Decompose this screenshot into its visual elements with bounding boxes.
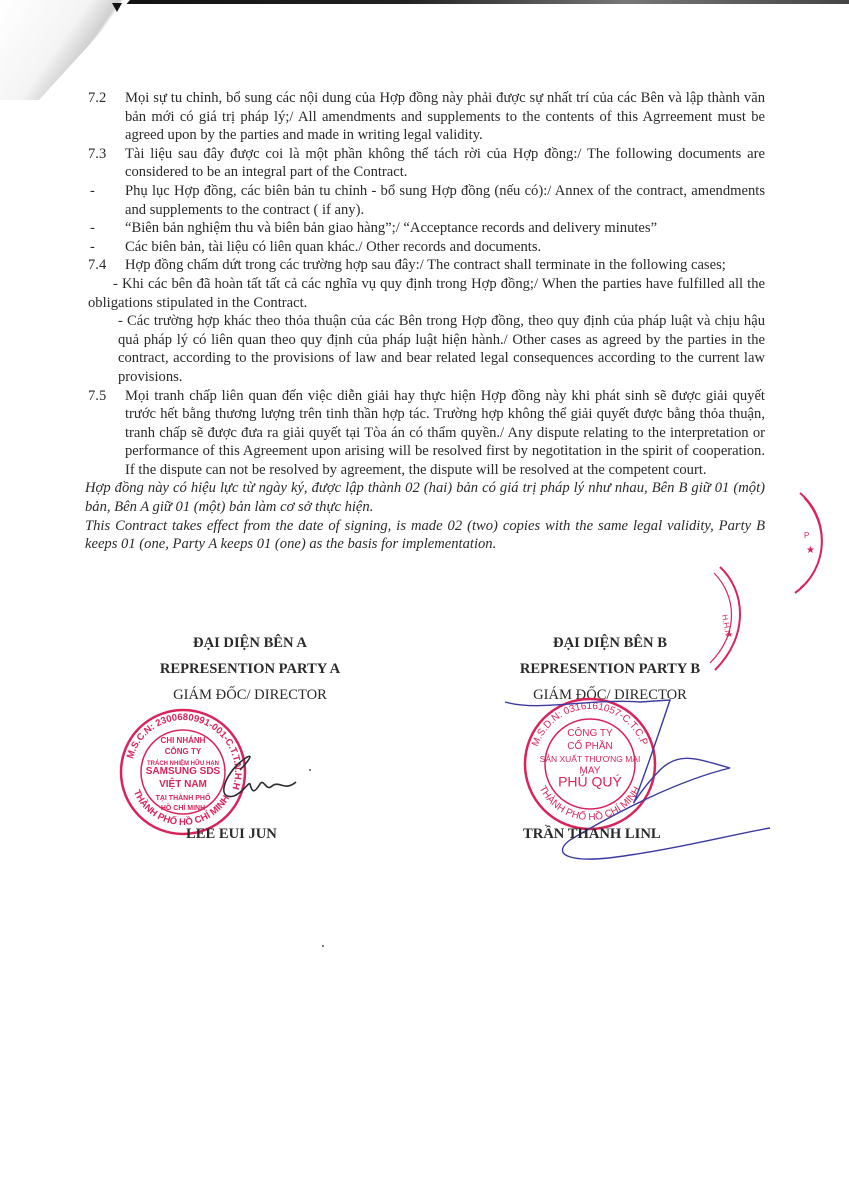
clause-number: 7.5 <box>88 387 106 406</box>
closing-english: This Contract takes effect from the date… <box>85 517 765 554</box>
list-item: - Phụ lục Hợp đồng, các biên bản tu chỉn… <box>88 182 765 219</box>
party-a-signer-name: LEE EUI JUN <box>186 826 277 843</box>
list-item: - Khi các bên đã hoàn tất tất cả các ngh… <box>88 275 765 312</box>
scan-artifact <box>112 3 122 12</box>
clause-number: 7.2 <box>88 89 106 108</box>
svg-text:CHI NHÁNH: CHI NHÁNH <box>161 736 206 745</box>
contract-body: 7.2 Mọi sự tu chỉnh, bổ sung các nội dun… <box>88 89 765 554</box>
party-a-heading-vi: ĐẠI DIỆN BÊN A <box>120 630 380 656</box>
scan-top-edge <box>110 0 849 4</box>
clause-7-3: 7.3 Tài liệu sau đây được coi là một phầ… <box>88 145 765 182</box>
clause-7-4: 7.4 Hợp đồng chấm dứt trong các trường h… <box>88 256 765 275</box>
svg-text:CÔNG TY: CÔNG TY <box>165 747 202 756</box>
folded-page-corner <box>0 0 130 100</box>
clause-number: 7.4 <box>88 256 106 275</box>
clause-text: Mọi tranh chấp liên quan đến việc diễn g… <box>125 387 765 480</box>
page-seal-partial-stamp: P ★ <box>790 488 830 598</box>
bullet-dash: - <box>90 219 95 238</box>
party-b-signer-name: TRẦN THANH LINL <box>523 826 661 843</box>
bullet-dash: - <box>90 238 95 257</box>
svg-text:★: ★ <box>806 545 815 556</box>
party-a-handwritten-signature <box>200 752 315 812</box>
clause-text: Mọi sự tu chỉnh, bổ sung các nội dung củ… <box>125 89 765 145</box>
clause-text: Tài liệu sau đây được coi là một phần kh… <box>125 145 765 182</box>
list-item: - Các biên bản, tài liệu có liên quan kh… <box>88 238 765 257</box>
bullet-dash: - <box>90 182 95 201</box>
clause-number: 7.3 <box>88 145 106 164</box>
closing-vietnamese: Hợp đồng này có hiệu lực từ ngày ký, đượ… <box>85 479 765 516</box>
party-a-role: GIÁM ĐỐC/ DIRECTOR <box>120 682 380 708</box>
party-b-overlapping-stamp-edge: H.H.N ★ <box>700 565 760 675</box>
ink-dot <box>322 945 324 947</box>
party-b-handwritten-signature <box>500 690 780 870</box>
svg-text:P: P <box>804 531 809 540</box>
party-a-heading-en: REPRESENTION PARTY A <box>120 656 380 682</box>
list-item: - “Biên bản nghiệm thu và biên bản giao … <box>88 219 765 238</box>
svg-text:HỒ CHÍ MINH: HỒ CHÍ MINH <box>161 802 205 812</box>
clause-7-2: 7.2 Mọi sự tu chỉnh, bổ sung các nội dun… <box>88 89 765 145</box>
ink-dot <box>309 769 311 771</box>
clause-7-5: 7.5 Mọi tranh chấp liên quan đến việc di… <box>88 387 765 480</box>
svg-text:★: ★ <box>726 630 733 639</box>
list-item: - Các trường hợp khác theo thỏa thuận củ… <box>118 312 765 386</box>
clause-text: Hợp đồng chấm dứt trong các trường hợp s… <box>125 256 765 275</box>
party-a-signature-block: ĐẠI DIỆN BÊN A REPRESENTION PARTY A GIÁM… <box>120 630 380 708</box>
